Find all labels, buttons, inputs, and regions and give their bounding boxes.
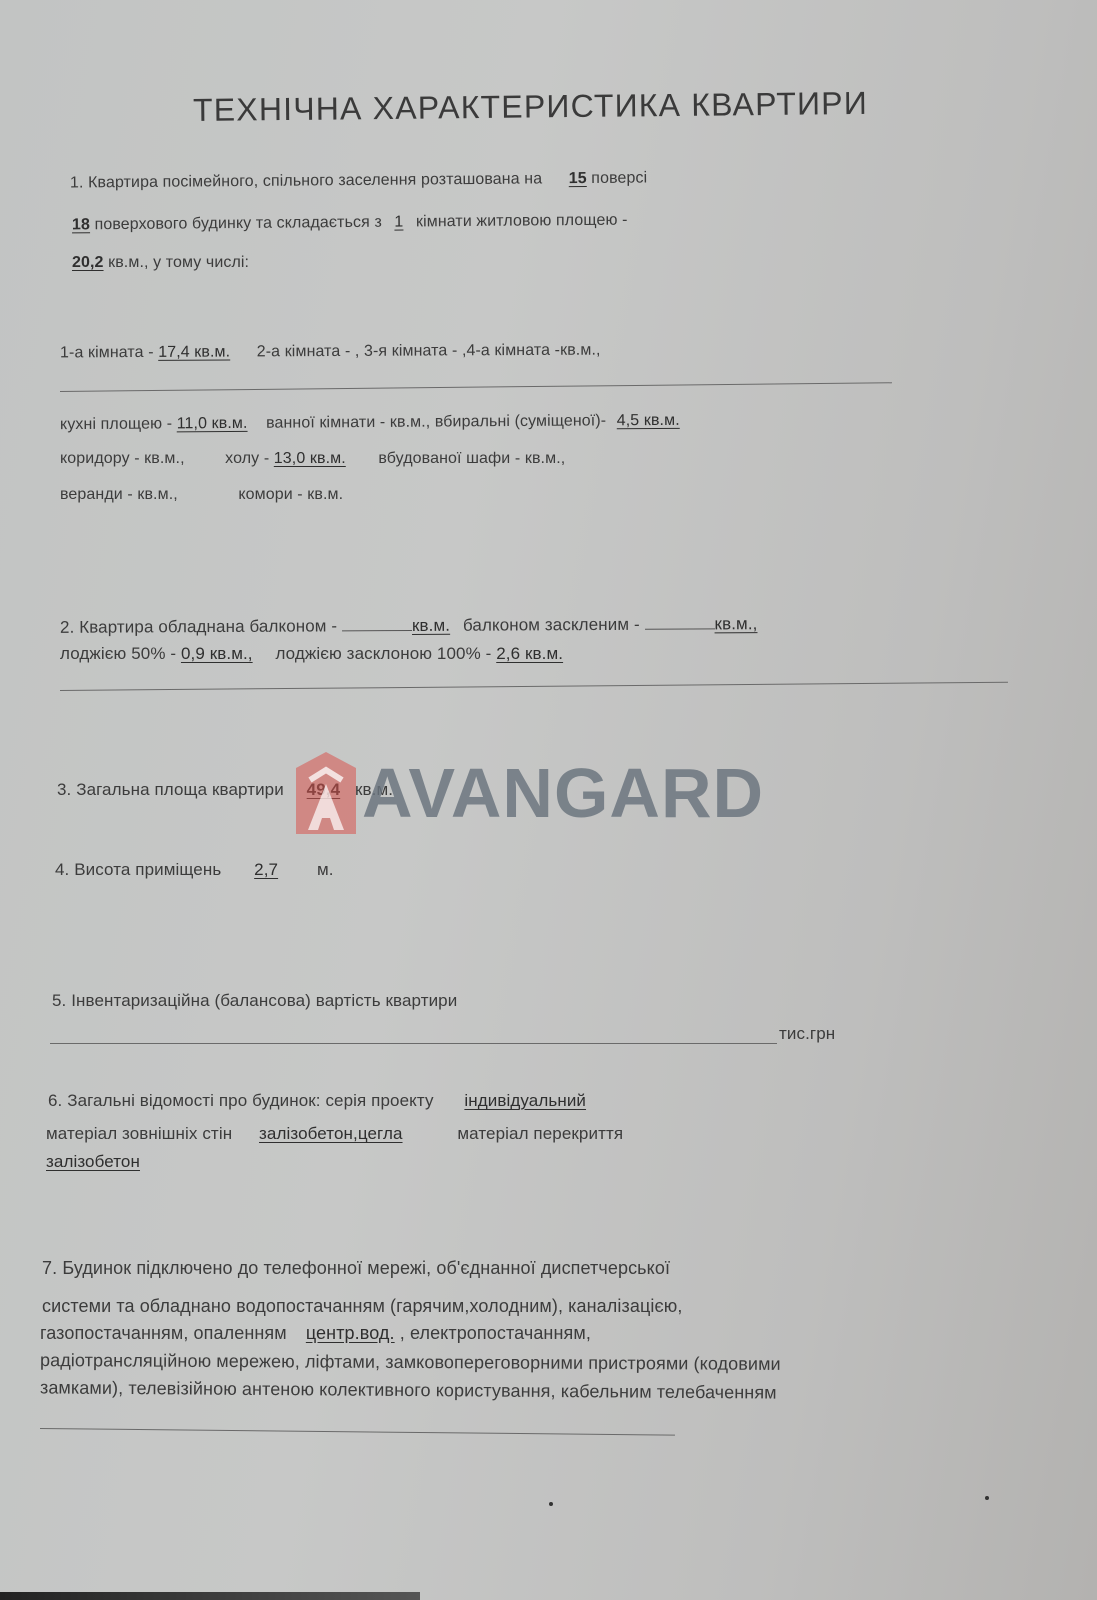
- floors-material-label: матеріал перекриття: [457, 1124, 623, 1143]
- room1-value: 17,4 кв.м.: [158, 344, 230, 361]
- hall-label: холу -: [225, 450, 269, 467]
- section1-line1: 1. Квартира посімейного, спільного засел…: [70, 169, 647, 192]
- speck-mark: [985, 1496, 989, 1500]
- utilities-line1: 7. Будинок підключено до телефонної мере…: [42, 1258, 670, 1279]
- loggia-line: лоджією 50% - 0,9 кв.м., лоджією засклон…: [60, 644, 563, 664]
- inventory-value-line: 5. Інвентаризаційна (балансова) вартість…: [52, 991, 457, 1011]
- divider-rule: [60, 682, 1008, 691]
- rooms-value: 1: [394, 214, 403, 231]
- heating-value: центр.вод.: [306, 1323, 395, 1343]
- inventory-value-unit: тис.грн: [779, 1024, 835, 1044]
- glazed-balcony-blank: [644, 614, 714, 629]
- floors-material-value: залізобетон: [46, 1152, 140, 1171]
- heating-label: газопостачанням, опаленням: [40, 1323, 287, 1343]
- kitchen-line: кухні площею - 11,0 кв.м. ванної кімнати…: [60, 412, 680, 434]
- height-label: 4. Висота приміщень: [55, 860, 221, 879]
- glazed-balcony-label: балконом заскленим -: [463, 615, 640, 635]
- project-series-label: 6. Загальні відомості про будинок: серія…: [48, 1091, 434, 1110]
- project-series-value: індивідуальний: [464, 1091, 586, 1110]
- utilities-line5: замками), телевізійною антеною колективн…: [40, 1377, 777, 1403]
- wardrobe-label: вбудованої шафи - кв.м.,: [378, 450, 565, 467]
- storage-label: комори - кв.м.: [238, 486, 343, 503]
- height-line: 4. Висота приміщень 2,7 м.: [55, 860, 334, 880]
- living-area-label: кімнати житловою площею -: [416, 212, 628, 231]
- inventory-value-blank: [50, 1043, 777, 1044]
- photo-edge-shadow: [0, 1592, 420, 1600]
- including-label: кв.м., у тому числі:: [108, 254, 249, 271]
- living-area-value: 20,2: [72, 254, 104, 271]
- height-value: 2,7: [226, 860, 306, 880]
- kitchen-label: кухні площею -: [60, 415, 172, 433]
- balcony-line: 2. Квартира обладнана балконом - кв.м. б…: [60, 614, 758, 638]
- veranda-label: веранди - кв.м.,: [60, 486, 178, 503]
- document-title: ТЕХНІЧНА ХАРАКТЕРИСТИКА КВАРТИРИ: [193, 85, 868, 129]
- section1-line2: 18 поверхового будинку та складається з …: [72, 212, 628, 235]
- section1-line1-text: 1. Квартира посімейного, спільного засел…: [70, 170, 542, 191]
- electricity-label: , електропостачанням,: [400, 1323, 591, 1343]
- veranda-line: веранди - кв.м., комори - кв.м.: [60, 486, 343, 504]
- walls-label: матеріал зовнішніх стін: [46, 1124, 232, 1143]
- height-unit: м.: [317, 860, 334, 879]
- total-floors-value: 18: [72, 216, 90, 233]
- utilities-line4: радіотрансляційною мережею, ліфтами, зам…: [40, 1350, 781, 1375]
- total-area-label: 3. Загальна площа квартири: [57, 780, 284, 799]
- section1-line2-text: поверхового будинку та складається з: [94, 214, 381, 234]
- loggia50-value: 0,9 кв.м.,: [181, 644, 253, 663]
- section1-line3: 20,2 кв.м., у тому числі:: [72, 254, 249, 272]
- loggia100-label: лоджією засклоною 100% -: [275, 644, 491, 663]
- walls-line: матеріал зовнішніх стін залізобетон,цегл…: [46, 1124, 623, 1144]
- divider-rule: [60, 382, 892, 392]
- inventory-value-label: 5. Інвентаризаційна (балансова) вартість…: [52, 991, 457, 1010]
- room1-label: 1-а кімната -: [60, 344, 154, 361]
- document-page: ТЕХНІЧНА ХАРАКТЕРИСТИКА КВАРТИРИ 1. Квар…: [0, 0, 1097, 1600]
- other-rooms-label: 2-а кімната - , 3-я кімната - ,4-а кімна…: [257, 342, 601, 361]
- building-info-line: 6. Загальні відомості про будинок: серія…: [48, 1091, 586, 1111]
- avangard-watermark: AVANGARD: [296, 752, 764, 834]
- kitchen-value: 11,0 кв.м.: [177, 415, 248, 432]
- speck-mark: [549, 1502, 553, 1506]
- floors-material-line: залізобетон: [46, 1152, 140, 1172]
- floor-value: 15: [569, 170, 587, 187]
- floor-suffix: поверсі: [591, 169, 647, 186]
- loggia100-value: 2,6 кв.м.: [496, 644, 563, 663]
- utilities-line3: газопостачанням, опаленням центр.вод. , …: [40, 1323, 591, 1344]
- toilet-value: 4,5 кв.м.: [617, 412, 680, 429]
- balcony-label: 2. Квартира обладнана балконом -: [60, 616, 337, 636]
- avangard-watermark-text: AVANGARD: [362, 758, 764, 828]
- walls-value: залізобетон,цегла: [259, 1124, 403, 1143]
- balcony-blank: [342, 616, 412, 631]
- corridor-line: коридору - кв.м., холу - 13,0 кв.м. вбуд…: [60, 450, 565, 468]
- loggia50-label: лоджією 50% -: [60, 644, 176, 663]
- rooms-line: 1-а кімната - 17,4 кв.м. 2-а кімната - ,…: [60, 342, 601, 363]
- avangard-logo-icon: [296, 752, 356, 834]
- hall-value: 13,0 кв.м.: [274, 450, 346, 467]
- glazed-balcony-unit: кв.м.,: [714, 614, 757, 633]
- utilities-line2: системи та обладнано водопостачанням (га…: [42, 1296, 682, 1317]
- balcony-unit: кв.м.: [412, 616, 450, 635]
- corridor-label: коридору - кв.м.,: [60, 450, 185, 467]
- bath-label: ванної кімнати - кв.м., вбиральні (суміщ…: [266, 412, 606, 431]
- utilities-blank: [40, 1428, 675, 1436]
